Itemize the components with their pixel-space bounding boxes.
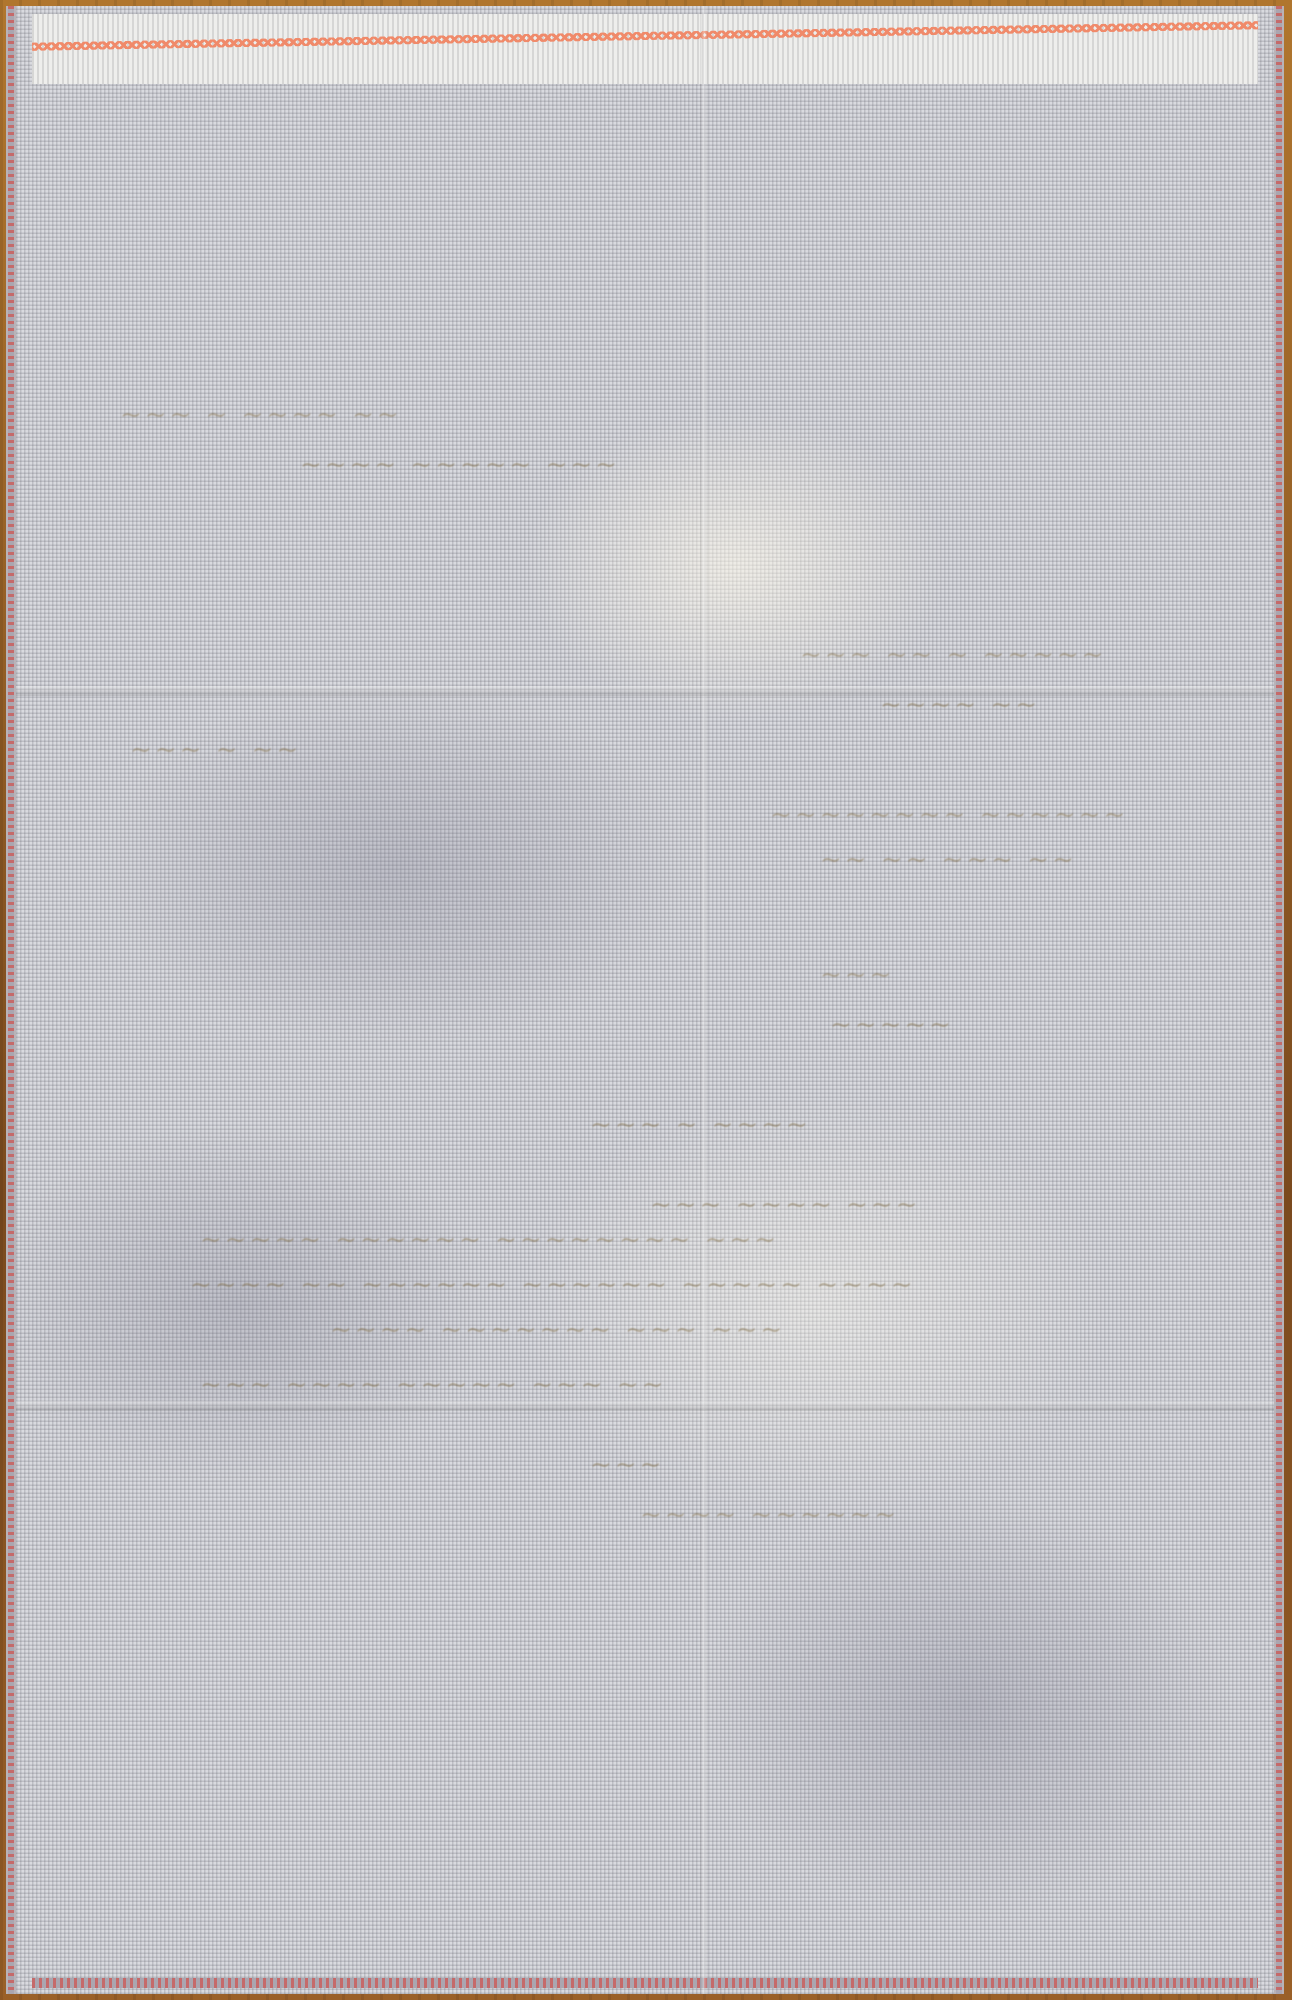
ghost-text-line: ~~~~ ~~ ~~~~~~ ~~~~~~ ~~~~~ ~~~~ — [190, 1270, 916, 1300]
ghost-text-line: ~~~~~~~~ ~~~~~~ — [770, 800, 1128, 830]
ghost-text-line: ~~~ — [590, 1450, 664, 1480]
selvage-band — [32, 14, 1258, 84]
ghost-text-line: ~~~~ ~~ — [880, 690, 1040, 720]
serged-edge-bottom — [32, 1978, 1258, 1988]
aida-cloth: ~~~ ~ ~~~~ ~~~~~~ ~~~~~ ~~~~~~ ~~ ~ ~~~~… — [6, 6, 1284, 1994]
ghost-text-line: ~~~~ ~~~~~~ — [640, 1500, 899, 1530]
ghost-text-line: ~~~ ~ ~~~~ — [590, 1110, 811, 1140]
ghost-text-line: ~~~ ~~ ~ ~~~~~ — [800, 640, 1106, 670]
horizontal-fold-crease-lower — [16, 1401, 1274, 1411]
ghost-text-line: ~~~ ~ ~~ — [130, 735, 301, 765]
ghost-text-line: ~~~~~ ~~~~~~ ~~~~~~~~ ~~~ — [200, 1225, 779, 1255]
ghost-text-line: ~~~~~ — [830, 1010, 954, 1040]
ghost-text-line: ~~~ ~ ~~~~ ~~ — [120, 400, 402, 430]
orange-zigzag-stitch — [32, 21, 1258, 50]
ghost-text-line: ~~ ~~ ~~~ ~~ — [820, 845, 1077, 875]
ghost-text-line: ~~~~ ~~~~~~~ ~~~ ~~~ — [330, 1315, 785, 1345]
ghost-text-line: ~~~ — [820, 960, 894, 990]
serged-edge-left — [8, 6, 14, 1994]
ghost-text-line: ~~~ ~~~~ ~~~~~ ~~~ ~~ — [200, 1370, 666, 1400]
vertical-fold-crease — [700, 6, 708, 1994]
ghost-text-line: ~~~~ ~~~~~ ~~~ — [300, 450, 620, 480]
horizontal-fold-crease-upper — [16, 686, 1274, 696]
ghost-text-line: ~~~ ~~~~ ~~~ — [650, 1190, 920, 1220]
serged-edge-right — [1276, 6, 1282, 1994]
